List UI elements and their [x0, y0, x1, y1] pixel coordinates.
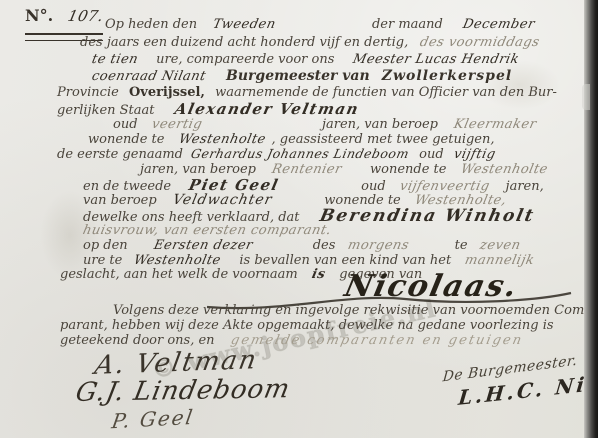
printed-text: der maand: [372, 17, 443, 32]
printed-text: jaren,: [506, 179, 544, 194]
act-line-10: jaren, van beroep Rentenier wonende te W…: [140, 163, 547, 176]
act-line-9: de eerste genaamd Gerhardus Johannes Lin…: [57, 148, 495, 161]
printed-text: gerlijken Staat: [57, 103, 155, 118]
act-line-8: wonende te Westenholte , geassisteerd me…: [88, 133, 495, 146]
signature-witness-3: P. Geel: [111, 405, 194, 433]
signature-text: G.J. Lindeboom: [73, 374, 293, 408]
printed-text: van beroep: [83, 193, 157, 208]
act-line-14: huisvrouw, van eersten comparant.: [83, 224, 331, 237]
printed-text: Overijssel,: [129, 85, 205, 100]
act-line-18-child-name: Nicolaas.: [345, 272, 518, 302]
handwritten-text: zeven: [478, 239, 521, 252]
handwritten-text: Gerhardus Johannes Lindeboom: [190, 148, 411, 161]
act-number: N°. 107.: [25, 8, 104, 24]
handwritten-text: te tien: [91, 53, 140, 66]
scan-dark-edge: [584, 0, 598, 438]
act-line-21: geteekend door ons, en gemelde comparant…: [60, 334, 523, 347]
printed-text: te: [455, 238, 468, 253]
handwritten-text: vijftig: [452, 148, 496, 161]
act-line-16: ure te Westenholte is bevallen van een k…: [83, 254, 535, 267]
scan-edge-notch: [582, 84, 590, 110]
handwritten-text: Westenholte: [177, 133, 266, 146]
printed-text: is bevallen van een kind van het: [239, 253, 451, 268]
act-line-11: en de tweede Piet Geel oud vijfenveertig…: [83, 178, 544, 193]
handwritten-text: Westenholte: [459, 163, 548, 176]
handwritten-text: huisvrouw, van eersten comparant.: [82, 224, 333, 237]
printed-text: , geassisteerd met twee getuigen,: [271, 132, 494, 147]
handwritten-text: Westenholte: [133, 254, 222, 267]
act-line-20: parant, hebben wij deze Akte opgemaakt, …: [60, 319, 554, 332]
printed-text: geteekend door ons, en: [60, 333, 215, 348]
handwritten-text: Alexander Veltman: [173, 102, 360, 117]
act-line-2: des jaars een duizend acht honderd vijf …: [80, 36, 540, 49]
printed-text: Provincie: [57, 85, 119, 100]
act-line-7: oud veertig jaren, van beroep Kleermaker: [113, 118, 536, 131]
handwritten-text: Tweeden: [212, 18, 277, 31]
handwritten-text: is: [310, 268, 326, 281]
printed-text: jaren, van beroep: [322, 117, 438, 132]
printed-text: waarnemende de functien van Officier van…: [215, 85, 557, 100]
handwritten-text: coenraad Nilant: [91, 70, 208, 83]
printed-text: jaren, van beroep: [140, 162, 256, 177]
printed-text: de eerste genaamd: [57, 147, 183, 162]
act-line-6: gerlijken Staat Alexander Veltman: [57, 102, 359, 117]
handwritten-text: Berendina Winholt: [318, 208, 536, 225]
handwritten-text: Meester Lucas Hendrik: [351, 53, 520, 66]
printed-text: wonende te: [370, 162, 446, 177]
handwritten-text: mannelijk: [464, 254, 536, 267]
handwritten-text: Kleermaker: [453, 118, 538, 131]
act-line-19: Volgens deze verklaring en ingevolge rek…: [113, 304, 589, 317]
printed-text: ure te: [83, 253, 122, 268]
handwritten-text: Piet Geel: [188, 178, 281, 193]
printed-text: Op heden den: [105, 17, 197, 32]
signature-text: P. Geel: [110, 405, 196, 434]
printed-text: ure, compareerde voor ons: [156, 52, 334, 67]
printed-text: parant, hebben wij deze Akte opgemaakt, …: [60, 318, 554, 333]
handwritten-text: December: [462, 18, 536, 31]
signature-witness-2: G.J. Lindeboom: [76, 374, 291, 408]
child-name: Nicolaas.: [342, 272, 521, 302]
printed-text: Volgens deze verklaring en ingevolge rek…: [113, 303, 589, 318]
printed-text: oud: [113, 117, 138, 132]
handwritten-text: veertig: [150, 118, 203, 131]
handwritten-text: morgens: [346, 239, 410, 252]
handwritten-text: Eersten dezer: [152, 239, 254, 252]
printed-text: Burgemeester van: [226, 68, 370, 84]
handwritten-text: des voormiddags: [419, 36, 541, 49]
act-line-1: Op heden den Tweeden der maand December: [105, 18, 535, 31]
printed-text: Zwollerkerspel: [382, 68, 512, 84]
act-line-5: Provincie Overijssel, waarnemende de fun…: [57, 86, 557, 99]
printed-text: oud: [361, 179, 386, 194]
handwritten-text: Veldwachter: [171, 193, 273, 207]
printed-text: wonende te: [88, 132, 164, 147]
act-line-3: te tien ure, compareerde voor ons Meeste…: [92, 53, 518, 66]
handwritten-text: gemelde comparanten en getuigen: [229, 334, 524, 347]
printed-text: en de tweede: [83, 179, 171, 194]
handwritten-text: Rentenier: [271, 163, 343, 176]
printed-text: geslacht, aan het welk de voornaam: [60, 267, 298, 282]
scanned-birth-certificate: { "meta": { "act_no_label": "N°.", "act_…: [0, 0, 598, 438]
printed-text: op den: [83, 238, 128, 253]
printed-text: oud: [419, 147, 444, 162]
act-number-value: 107.: [67, 9, 106, 24]
act-line-4: coenraad Nilant Burgemeester van Zwoller…: [92, 69, 512, 83]
act-number-label: N°.: [25, 6, 53, 25]
handwritten-text: vijfenveertig: [398, 180, 490, 193]
printed-text: des jaars een duizend acht honderd vijf …: [80, 35, 408, 50]
printed-text: des: [313, 238, 336, 253]
act-line-15: op den Eersten dezer des morgens te zeve…: [83, 239, 520, 252]
act-line-12: van beroep Veldwachter wonende te Westen…: [83, 193, 506, 207]
